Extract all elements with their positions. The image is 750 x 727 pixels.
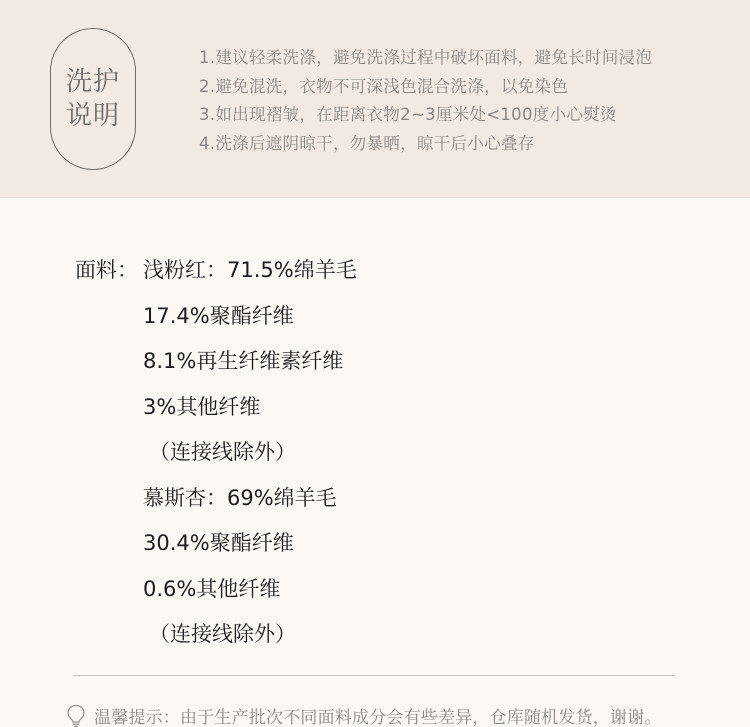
- fabric-value: 浅粉红：71.5%绵羊毛: [143, 253, 357, 287]
- fabric-note: （连接线除外）: [149, 435, 296, 469]
- fabric-value: 慕斯杏：69%绵羊毛: [143, 481, 337, 515]
- tip-notice: 温馨提示：由于生产批次不同面料成分会有些差异，仓库随机发货，谢谢。: [66, 703, 662, 727]
- tip-text: 温馨提示：由于生产批次不同面料成分会有些差异，仓库随机发货，谢谢。: [94, 703, 662, 727]
- divider: [73, 675, 675, 676]
- fabric-value: 30.4%聚酯纤维: [143, 526, 294, 560]
- fabric-value: 8.1%再生纤维素纤维: [143, 344, 343, 378]
- fabric-note: （连接线除外）: [149, 617, 296, 651]
- care-instructions-badge: 洗护 说明: [50, 28, 136, 170]
- fabric-value: 0.6%其他纤维: [143, 572, 280, 606]
- fabric-value: 3%其他纤维: [143, 390, 260, 424]
- care-instructions-section: 洗护 说明 1.建议轻柔洗涤，避免洗涤过程中破坏面料，避免长时间浸泡 2.避免混…: [0, 0, 750, 198]
- care-item: 3.如出现褶皱，在距离衣物2~3厘米处<100度小心熨烫: [199, 101, 652, 130]
- fabric-label: 面料：: [75, 253, 138, 287]
- badge-line-2: 说明: [66, 99, 120, 133]
- lightbulb-icon: [66, 704, 86, 727]
- care-instructions-list: 1.建议轻柔洗涤，避免洗涤过程中破坏面料，避免长时间浸泡 2.避免混洗，衣物不可…: [199, 44, 652, 158]
- care-item: 1.建议轻柔洗涤，避免洗涤过程中破坏面料，避免长时间浸泡: [199, 44, 652, 73]
- care-item: 2.避免混洗，衣物不可深浅色混合洗涤，以免染色: [199, 73, 652, 102]
- care-item: 4.洗涤后遮阴晾干，勿暴晒，晾干后小心叠存: [199, 130, 652, 159]
- badge-line-1: 洗护: [66, 65, 120, 99]
- fabric-value: 17.4%聚酯纤维: [143, 299, 294, 333]
